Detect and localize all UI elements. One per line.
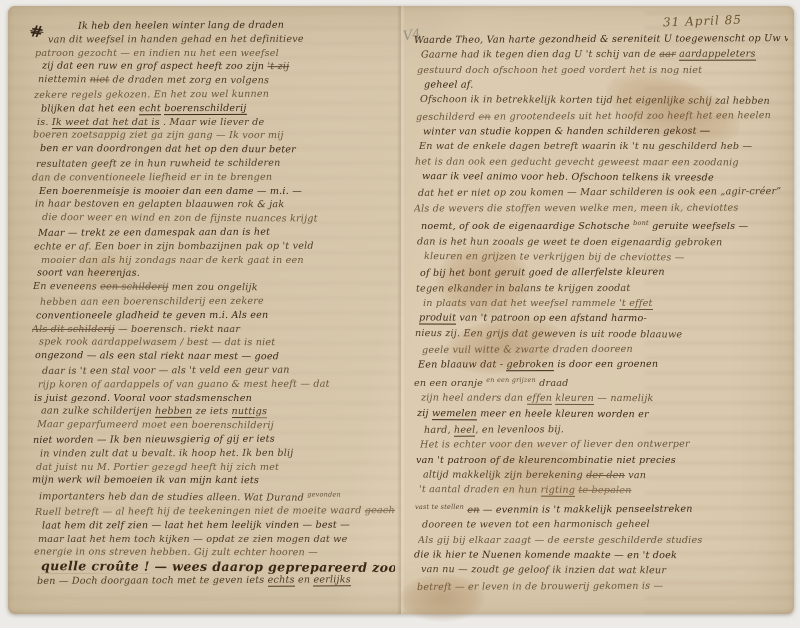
manuscript-line: Een boerenmeisje is mooier dan een dame … bbox=[39, 185, 395, 199]
letter-page-right: Waarde Theo, Van harte gezondheid & sere… bbox=[401, 6, 794, 614]
manuscript-line: dan is het hun zooals ge weet te doen ei… bbox=[417, 234, 788, 250]
manuscript-line: en een oranje en een grijzen draad bbox=[414, 373, 788, 392]
manuscript-line: zijn heel anders dan effen kleuren — nam… bbox=[421, 391, 788, 407]
manuscript-line: Een blaauw dat - gebroken is door een gr… bbox=[418, 357, 788, 373]
letter-page-left: Ik heb den heelen winter lang de dradenv… bbox=[8, 6, 401, 614]
manuscript-line: Als de wevers die stoffen weven welke me… bbox=[414, 200, 788, 216]
fold-crease bbox=[397, 6, 405, 614]
manuscript-line: resultaten geeft ze in hun ruwheid te sc… bbox=[36, 156, 395, 172]
manuscript-line: ben — Doch doorgaan toch met te geven ie… bbox=[37, 573, 395, 589]
manuscript-line: Als gij bij elkaar zaagt — de eerste ges… bbox=[418, 533, 788, 548]
manuscript-line: geschilderd en en grootendeels uit het h… bbox=[416, 108, 788, 125]
manuscript-line: dan de conventioneele liefheid er in te … bbox=[32, 170, 395, 185]
manuscript-line: vast te stellen en — evenmin is 't makke… bbox=[415, 498, 788, 518]
manuscript-line: maar laat het hem toch kijken — opdat ze… bbox=[38, 533, 395, 547]
manuscript-line: laat hem dit zelf zien — laat het hem le… bbox=[42, 518, 395, 533]
manuscript-line: Ofschoon ik in betrekkelijk korten tijd … bbox=[420, 92, 788, 109]
letter-scan: # V4 31 April 85 Ik heb den heelen winte… bbox=[8, 6, 794, 614]
manuscript-line: zekere regels gekozen. En het zou wel ku… bbox=[34, 87, 395, 103]
manuscript-line: in plaats van dat het weefsel rammele 't… bbox=[423, 296, 788, 311]
manuscript-line: conventioneele gladheid te geven m.i. Al… bbox=[36, 308, 395, 323]
manuscript-line: van 't patroon of de kleurencombinatie n… bbox=[416, 453, 788, 468]
manuscript-line: Maar — trekt ze een damespak aan dan is … bbox=[38, 225, 395, 241]
manuscript-line: tegen elkander in balans te krijgen zood… bbox=[416, 280, 788, 296]
manuscript-line: dooreen te weven tot een harmonisch gehe… bbox=[422, 517, 788, 533]
manuscript-line: importanters heb dan de studies alleen. … bbox=[39, 487, 395, 506]
manuscript-line: patroon gezocht — en indien nu het een w… bbox=[35, 47, 395, 61]
manuscript-line: is. Ik weet dat het dat is . Maar wie li… bbox=[37, 116, 395, 130]
manuscript-line: gestuurd doch ofschoon het goed vordert … bbox=[417, 63, 788, 78]
manuscript-line: rijp koren of aardappels of van guano & … bbox=[38, 377, 395, 392]
manuscript-line: betreft — er leven in de brouwerij gekom… bbox=[417, 578, 788, 595]
manuscript-line: mooier dan als hij zondags naar de kerk … bbox=[41, 254, 395, 268]
manuscript-line: daar is 't een stal voor — als 't veld e… bbox=[42, 363, 395, 379]
manuscript-line: blijken dat het een echt boerenschilderi… bbox=[41, 101, 395, 116]
manuscript-line: echte er af. Een boer in zijn bombazijne… bbox=[34, 239, 395, 254]
manuscript-line: die ik hier te Nuenen komende maakte — e… bbox=[414, 547, 788, 563]
manuscript-line: Het is echter voor den wever of liever d… bbox=[420, 437, 788, 453]
manuscript-line: 't aantal draden en hun rigting te bepal… bbox=[419, 482, 788, 499]
manuscript-line: van nu — zoudt ge geloof ik inzien dat w… bbox=[421, 562, 788, 579]
manuscript-line: noemt, of ook de eigenaardige Schotsche … bbox=[421, 216, 788, 235]
manuscript-line: hebben aan een boerenschilderij een zeke… bbox=[40, 294, 395, 310]
manuscript-line: Gaarne had ik tegen dien dag U 't schij … bbox=[421, 47, 788, 63]
manuscript-line: aan zulke schilderijen hebben ze iets nu… bbox=[41, 405, 395, 420]
manuscript-line: is juist gezond. Vooral voor stadsmensch… bbox=[34, 392, 395, 406]
manuscript-line: Als dit schilderij — boerensch. riekt na… bbox=[32, 323, 395, 337]
manuscript-line: dat het er niet op zou komen — Maar schi… bbox=[418, 184, 788, 201]
manuscript-line: produit van 't patroon op een afstand ha… bbox=[419, 311, 788, 327]
manuscript-line: het is dan ook een geducht gevecht gewee… bbox=[415, 154, 788, 170]
manuscript-line: niet worden — Ik ben nieuwsgierig of gij… bbox=[33, 432, 395, 448]
manuscript-line: En wat de enkele dagen betreft waarin ik… bbox=[419, 139, 788, 154]
manuscript-line: of bij het bont geruit goed de allerfels… bbox=[420, 264, 788, 281]
manuscript-line: dat juist nu M. Portier gezegd heeft hij… bbox=[36, 461, 395, 475]
manuscript-line: Ruell betreft — al heeft hij de teekenin… bbox=[35, 504, 395, 520]
manuscript-line: van dit weefsel in handen gehad en het d… bbox=[48, 32, 395, 47]
manuscript-line: winter van studie koppen & handen schild… bbox=[423, 124, 788, 140]
manuscript-line: Ik heb den heelen winter lang de draden bbox=[78, 18, 395, 33]
manuscript-line: in vinden zult dat u bevalt. ik hoop het… bbox=[40, 446, 395, 461]
